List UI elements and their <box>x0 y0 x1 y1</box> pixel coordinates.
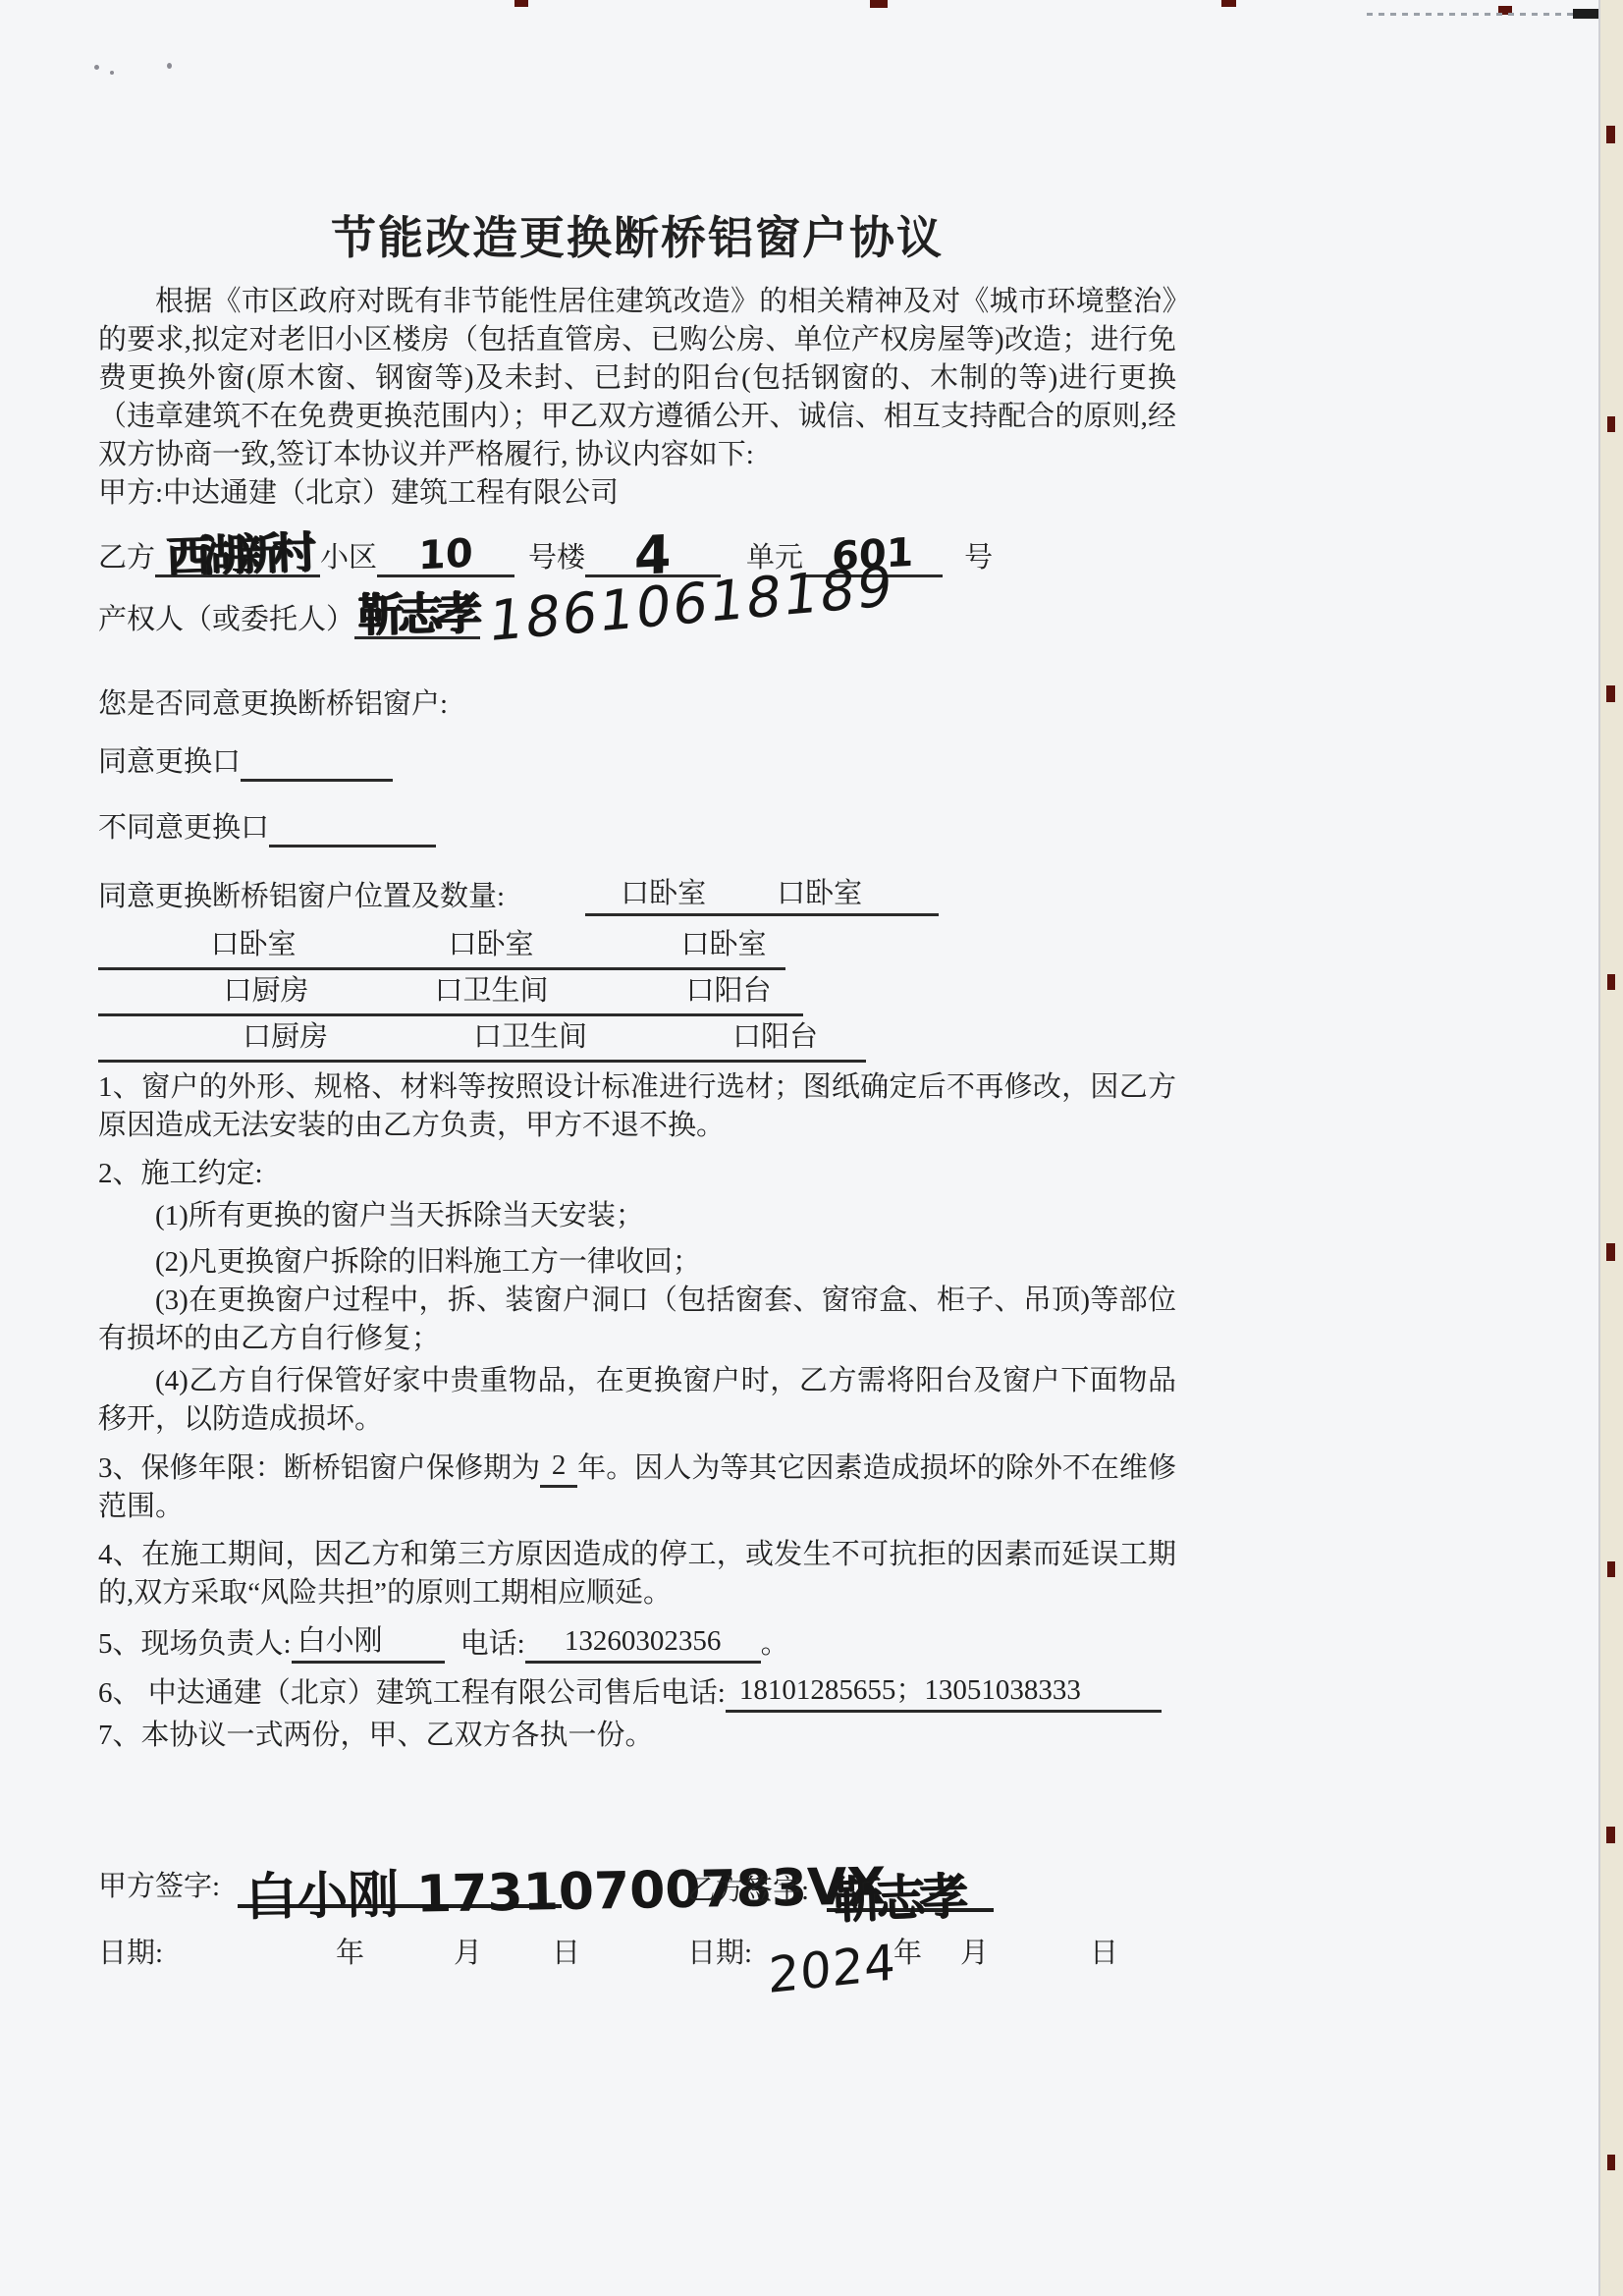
room-label: 号 <box>964 542 993 574</box>
scan-edge-mark <box>1607 2155 1615 2170</box>
checkbox-bedroom: 口卧室 <box>210 926 296 964</box>
scan-edge-mark <box>1607 416 1615 432</box>
scanner-background-strip <box>1600 0 1623 2296</box>
owner-name-handwriting: 靳志孝 <box>358 594 477 634</box>
date-b-year-handwriting: 2024 <box>768 1943 896 1995</box>
agree-line: 同意更换口 <box>98 743 1176 782</box>
unit-handwriting: 4 <box>634 535 672 575</box>
community-label: 小区 <box>320 542 377 574</box>
signature-row: 甲方签字: 白小刚 17310700783VX 乙方签字: 靳志孝 <box>98 1845 1176 1920</box>
day-label-a: 日 <box>552 1935 580 1973</box>
building-label: 号楼 <box>528 542 585 574</box>
doc-title: 节能改造更换断桥铝窗户协议 <box>98 208 1176 269</box>
agreement-document: 节能改造更换断桥铝窗户协议 根据《市区政府对既有非节能性居住建筑改造》的相关精神… <box>98 208 1176 1981</box>
site-manager-underline: 白小刚 <box>292 1622 445 1664</box>
clause-5-pre: 5、现场负责人: <box>98 1628 292 1660</box>
date-a-label: 日期: <box>98 1935 163 1973</box>
clause-6: 6、 中达通建（北京）建筑工程有限公司售后电话:18101285655；1305… <box>98 1671 1176 1713</box>
scan-edge-mark <box>1221 0 1236 7</box>
scan-edge-mark <box>1606 1827 1615 1843</box>
checkbox-bathroom: 口卫生间 <box>473 1018 587 1057</box>
clause-2-head: 2、施工约定: <box>98 1155 1176 1193</box>
checkbox-kitchen: 口厨房 <box>243 1018 328 1057</box>
torn-edge-perforation <box>1367 13 1600 16</box>
construction-item-2: (2)凡更换窗户拆除的旧料施工方一律收回； <box>98 1243 1176 1282</box>
year-label-b: 年 <box>893 1935 922 1973</box>
building-handwriting: 10 <box>418 534 473 575</box>
month-label-a: 月 <box>454 1935 482 1973</box>
day-label-b: 日 <box>1090 1935 1118 1973</box>
checkbox-bedroom: 口卧室 <box>777 878 862 909</box>
scan-speck <box>110 71 114 75</box>
scan-edge-mark <box>1607 974 1615 990</box>
construction-item-1: (1)所有更换的窗户当天拆除当天安装； <box>98 1197 1176 1235</box>
scan-edge-mark <box>1606 1243 1615 1261</box>
position-label: 同意更换断桥铝窗户位置及数量: <box>98 881 505 912</box>
community-handwriting: 西湖新村 <box>166 533 308 576</box>
checkbox-balcony: 口阳台 <box>686 972 772 1011</box>
checkbox-bathroom: 口卫生间 <box>434 972 548 1011</box>
scanned-document-page: { "colors": { "paper": "#f5f6f8", "ink":… <box>0 0 1623 2296</box>
scan-edge-mark <box>514 0 528 7</box>
clause-3-pre: 3、保修年限：断桥铝窗户保修期为 <box>98 1452 540 1484</box>
agree-blank-underline <box>241 779 393 782</box>
checkbox-kitchen: 口厨房 <box>223 972 308 1011</box>
party-a-line: 甲方:中达通建（北京）建筑工程有限公司 <box>98 474 1176 513</box>
scan-edge-mark <box>1606 685 1615 702</box>
clause-5-mid: 电话: <box>460 1628 525 1660</box>
site-manager-phone-underline: 13260302356 <box>525 1622 761 1664</box>
warranty-years-underline: 2 <box>540 1447 577 1488</box>
clause-3: 3、保修年限：断桥铝窗户保修期为2年。因人为等其它因素造成损坏的除外不在维修范围… <box>98 1447 1176 1526</box>
scan-edge-mark <box>1606 126 1615 143</box>
date-row: 日期: 年 月 日 日期: 2024 年 月 日 <box>98 1926 1176 1981</box>
date-b-label: 日期: <box>687 1935 752 1973</box>
clause-6-pre: 6、 中达通建（北京）建筑工程有限公司售后电话: <box>98 1677 726 1709</box>
checkbox-bedroom: 口卧室 <box>448 926 533 964</box>
position-underline: 口卧室口卧室 <box>585 875 939 916</box>
party-b-signature-handwriting: 靳志孝 <box>832 1878 962 1921</box>
owner-name-underline: 靳志孝 <box>354 591 480 639</box>
owner-line: 产权人（或委托人）靳志孝18610618189 <box>98 591 1176 662</box>
clause-5: 5、现场负责人:白小刚电话:13260302356。 <box>98 1622 1176 1664</box>
clause-1: 1、窗户的外形、规格、材料等按照设计标准进行选材；图纸确定后不再修改，因乙方原因… <box>98 1068 1176 1145</box>
checkbox-bedroom: 口卧室 <box>681 926 767 964</box>
agree-label: 同意更换口 <box>98 746 241 778</box>
position-line: 同意更换断桥铝窗户位置及数量:口卧室口卧室 <box>98 875 1176 916</box>
clause-7: 7、本协议一式两份，甲、乙双方各执一份。 <box>98 1717 1176 1755</box>
construction-item-4: (4)乙方自行保管好家中贵重物品，在更换窗户时，乙方需将阳台及窗户下面物品移开，… <box>98 1362 1176 1439</box>
party-b-sign-label: 乙方签字: <box>687 1872 809 1910</box>
checkbox-balcony: 口阳台 <box>732 1018 818 1057</box>
month-label-b: 月 <box>960 1935 989 1973</box>
unit-underline: 4 <box>585 526 721 577</box>
scanned-paper: 节能改造更换断桥铝窗户协议 根据《市区政府对既有非节能性居住建筑改造》的相关精神… <box>0 0 1600 2296</box>
scan-edge-mark <box>870 0 888 8</box>
construction-item-3: (3)在更换窗户过程中，拆、装窗户洞口（包括窗套、窗帘盒、柜子、吊顶)等部位有损… <box>98 1282 1176 1358</box>
scan-speck <box>94 65 99 70</box>
scan-speck <box>167 63 172 69</box>
checkbox-row: 口厨房口卫生间口阳台 <box>98 972 803 1016</box>
intro-paragraph: 根据《市区政府对既有非节能性居住建筑改造》的相关精神及对《城市环境整治》的要求,… <box>98 283 1176 474</box>
clause-4: 4、在施工期间，因乙方和第三方原因造成的停工，或发生不可抗拒的因素而延误工期的,… <box>98 1536 1176 1613</box>
party-a-sign-label: 甲方签字: <box>98 1868 220 1906</box>
disagree-label: 不同意更换口 <box>98 812 269 844</box>
clause-5-post: 。 <box>761 1628 789 1660</box>
aftersale-phones-underline: 18101285655；13051038333 <box>726 1671 1162 1713</box>
checkbox-row: 口卧室口卧室口卧室 <box>98 926 785 970</box>
owner-label: 产权人（或委托人） <box>98 604 354 635</box>
scan-corner-dash <box>1573 9 1600 19</box>
disagree-blank-underline <box>269 845 436 847</box>
party-b-prefix: 乙方 <box>98 542 155 574</box>
disagree-line: 不同意更换口 <box>98 809 1176 847</box>
building-underline: 10 <box>377 532 514 577</box>
community-underline: 西湖新村 <box>155 530 320 577</box>
question-line: 您是否同意更换断桥铝窗户: <box>98 685 1176 724</box>
checkbox-bedroom: 口卧室 <box>621 878 706 909</box>
year-label-a: 年 <box>336 1935 364 1973</box>
checkbox-row: 口厨房口卫生间口阳台 <box>98 1018 866 1063</box>
scan-edge-mark <box>1607 1561 1615 1577</box>
